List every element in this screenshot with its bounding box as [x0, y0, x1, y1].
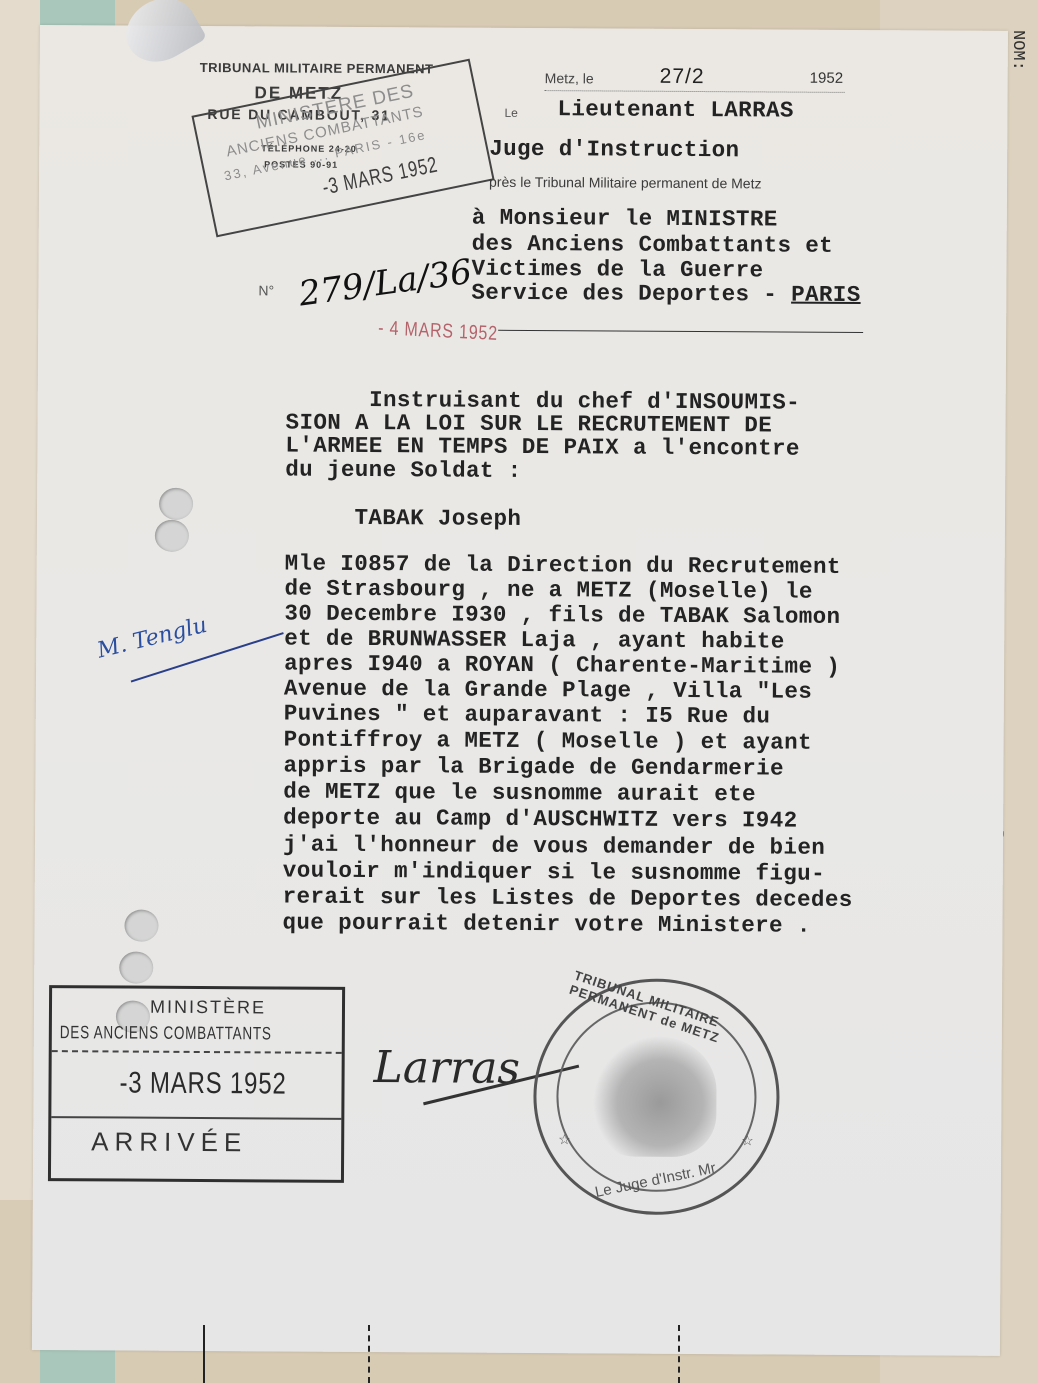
star-icon: ☆ [741, 1132, 754, 1149]
body-line: deporte au Camp d'AUSCHWITZ vers I942 [283, 805, 798, 834]
body-line: Puvines " et auparavant : I5 Rue du [284, 701, 771, 730]
court-name: le Tribunal Militaire permanent de Metz [520, 174, 761, 191]
red-date-stamp: - 4 MARS 1952 [378, 317, 498, 346]
date-year: 1952 [810, 70, 843, 87]
sender-title: Juge d'Instruction [489, 136, 739, 164]
stamp-divider [52, 1050, 342, 1054]
date-value: 27/2 [660, 65, 705, 89]
recipient-line-2: des Anciens Combattants et [472, 231, 834, 259]
punch-hole [155, 520, 189, 552]
folder-grid-line [678, 1325, 680, 1383]
arrivee-stamp: MINISTÈRE DES ANCIENS COMBATTANTS -3 MAR… [48, 985, 345, 1183]
folder-grid-line [203, 1325, 205, 1383]
sender-name: Lieutenant LARRAS [557, 96, 793, 123]
seal-emblem-icon [591, 1036, 717, 1157]
body-line: de METZ que le susnomme aurait ete [283, 779, 756, 808]
date-label: Metz, le [545, 70, 594, 86]
punch-hole [119, 952, 153, 984]
sender-prefix: Le [504, 106, 517, 120]
body-line: vouloir m'indiquer si le susnomme figu- [283, 857, 825, 886]
recipient-city: PARIS [791, 282, 861, 308]
addressee-name: TABAK Joseph [285, 505, 521, 532]
punch-hole [124, 910, 158, 942]
reference-label: N° [258, 282, 274, 298]
punch-hole [159, 488, 193, 520]
body-line: que pourrait detenir votre Ministere . [282, 909, 810, 938]
stamp-line: MINISTÈRE [150, 997, 266, 1019]
stamp-date: -3 MARS 1952 [119, 1067, 286, 1102]
folder-grid-line [368, 1325, 370, 1383]
letter-sheet: TRIBUNAL MILITAIRE PERMANENT DE METZ RUE… [32, 25, 1008, 1356]
court-prefix: près [489, 174, 516, 190]
ministry-received-stamp-top: MINISTÈRE DES ANCIENS COMBATTANTS 33, Av… [191, 59, 494, 238]
stamp-line: DES ANCIENS COMBATTANTS [60, 1022, 345, 1045]
recipient-service: Service des Deportes - [471, 280, 791, 308]
official-seal: TRIBUNAL MILITAIRE PERMANENT de METZ Le … [533, 978, 780, 1215]
body-line: j'ai l'honneur de vous demander de bien [283, 831, 825, 860]
recipient-line-4: Service des Deportes - PARIS [471, 280, 860, 308]
body-line: rerait sur les Listes de Deportes decede… [283, 883, 853, 912]
reference-number: 279/La/36 [297, 252, 475, 315]
stamp-arrivee-label: ARRIVÉE [91, 1126, 247, 1158]
body-line: du jeune Soldat : [285, 457, 521, 484]
sender-court: prèsle Tribunal Militaire permanent de M… [489, 174, 762, 192]
date-line: Metz, le 27/2 1952 [545, 66, 845, 93]
nom-label: NOM: [1008, 30, 1027, 71]
recipient-line-1: à Monsieur le MINISTRE [472, 205, 778, 233]
address-rule [498, 330, 863, 333]
body-line: appris par la Brigade de Gendarmerie [283, 753, 784, 782]
stamp-divider [51, 1116, 341, 1120]
margin-handwritten-note: M. Tenglu [95, 613, 210, 664]
body-line: Pontiffroy a METZ ( Moselle ) et ayant [284, 727, 812, 756]
star-icon: ☆ [558, 1131, 571, 1148]
